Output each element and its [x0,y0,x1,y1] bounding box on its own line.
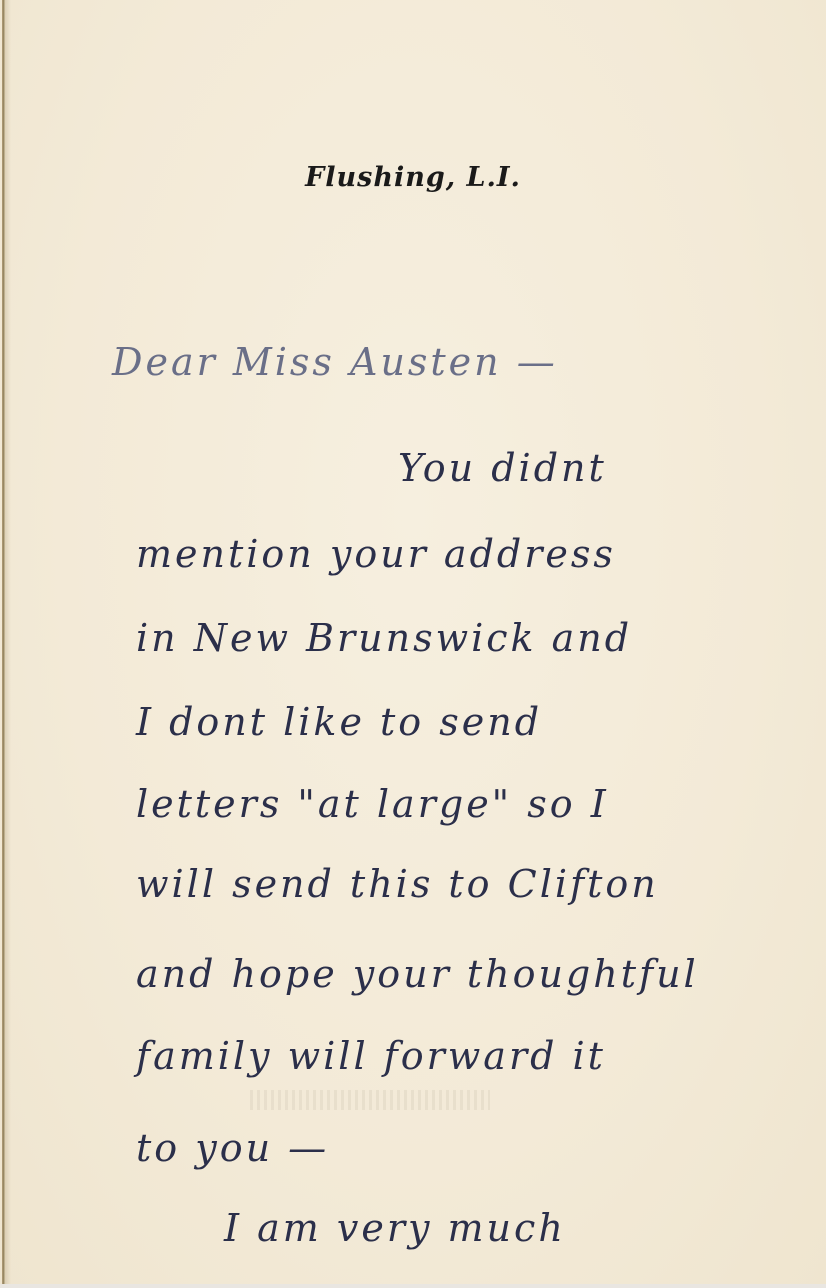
letter-line-1: You didnt [398,446,607,490]
scan-bottom-edge [0,1284,826,1288]
salutation: Dear Miss Austen — [112,340,558,384]
letter-line-10: I am very much [224,1206,566,1250]
letter-line-5: letters "at large" so I [136,782,609,826]
show-through-text [250,1090,490,1110]
letter-line-4: I dont like to send [136,700,542,744]
letter-line-7: and hope your thoughtful [136,952,699,996]
letterhead: Flushing, L.I. [0,162,826,193]
letter-line-6: will send this to Clifton [136,862,659,906]
letter-line-3: in New Brunswick and [136,616,632,660]
letter-line-9: to you — [136,1126,329,1170]
letter-line-8: family will forward it [136,1034,606,1078]
letter-line-2: mention your address [136,532,616,576]
